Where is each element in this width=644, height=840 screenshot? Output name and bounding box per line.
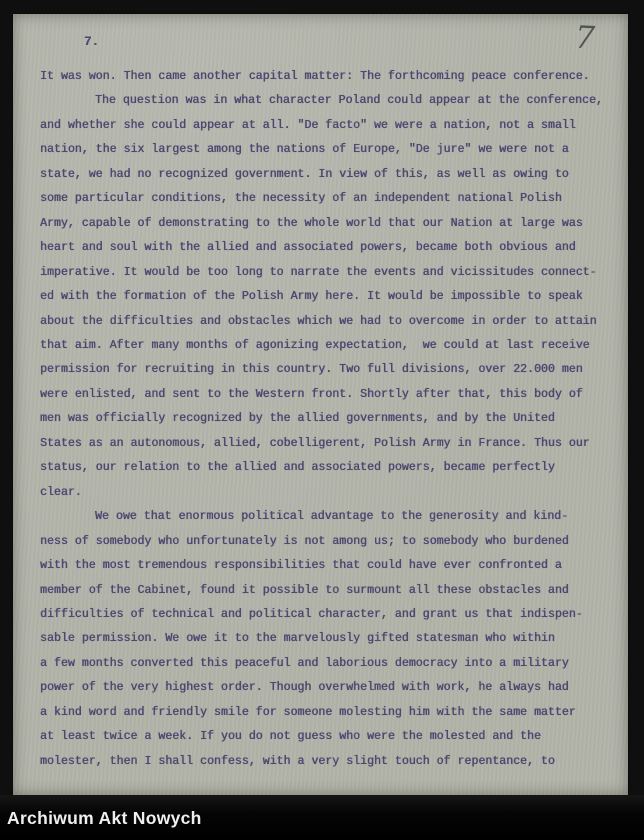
text-line: that aim. After many months of agonizing…	[40, 334, 614, 358]
handwritten-page-number: 7	[574, 20, 596, 57]
text-line: a few months converted this peaceful and…	[40, 652, 614, 676]
text-line: imperative. It would be too long to narr…	[40, 261, 614, 285]
text-line: with the most tremendous responsibilitie…	[40, 554, 614, 578]
text-line: States as an autonomous, allied, cobelli…	[40, 432, 614, 456]
text-line: were enlisted, and sent to the Western f…	[40, 383, 614, 407]
text-line: ness of somebody who unfortunately is no…	[40, 530, 614, 554]
text-line: molester, then I shall confess, with a v…	[40, 750, 614, 774]
text-line: sable permission. We owe it to the marve…	[40, 627, 614, 651]
typed-page-number: 7.	[84, 35, 99, 49]
archive-watermark-band: Archiwum Akt Nowych	[0, 795, 644, 840]
text-line: member of the Cabinet, found it possible…	[40, 579, 614, 603]
text-line: at least twice a week. If you do not gue…	[40, 725, 614, 749]
text-line: nation, the six largest among the nation…	[40, 138, 614, 162]
text-line: clear.	[40, 481, 614, 505]
text-line: We owe that enormous political advantage…	[40, 505, 614, 529]
text-line: It was won. Then came another capital ma…	[40, 65, 614, 89]
text-line: Army, capable of demonstrating to the wh…	[40, 212, 614, 236]
text-line: status, our relation to the allied and a…	[40, 456, 614, 480]
text-line: permission for recruiting in this countr…	[40, 358, 614, 382]
text-line: heart and soul with the allied and assoc…	[40, 236, 614, 260]
archive-watermark: Archiwum Akt Nowych	[7, 808, 202, 829]
scan-background: 7. 7 It was won. Then came another capit…	[0, 0, 644, 840]
text-line: men was officially recognized by the all…	[40, 407, 614, 431]
text-line: power of the very highest order. Though …	[40, 676, 614, 700]
text-line: difficulties of technical and political …	[40, 603, 614, 627]
text-line: and whether she could appear at all. "De…	[40, 114, 614, 138]
text-line: ed with the formation of the Polish Army…	[40, 285, 614, 309]
text-line: The question was in what character Polan…	[40, 89, 614, 113]
text-line: state, we had no recognized government. …	[40, 163, 614, 187]
document-page: 7. 7 It was won. Then came another capit…	[13, 14, 628, 795]
text-line: some particular conditions, the necessit…	[40, 187, 614, 211]
text-line: about the difficulties and obstacles whi…	[40, 310, 614, 334]
document-body: It was won. Then came another capital ma…	[40, 65, 614, 774]
text-line: a kind word and friendly smile for someo…	[40, 701, 614, 725]
